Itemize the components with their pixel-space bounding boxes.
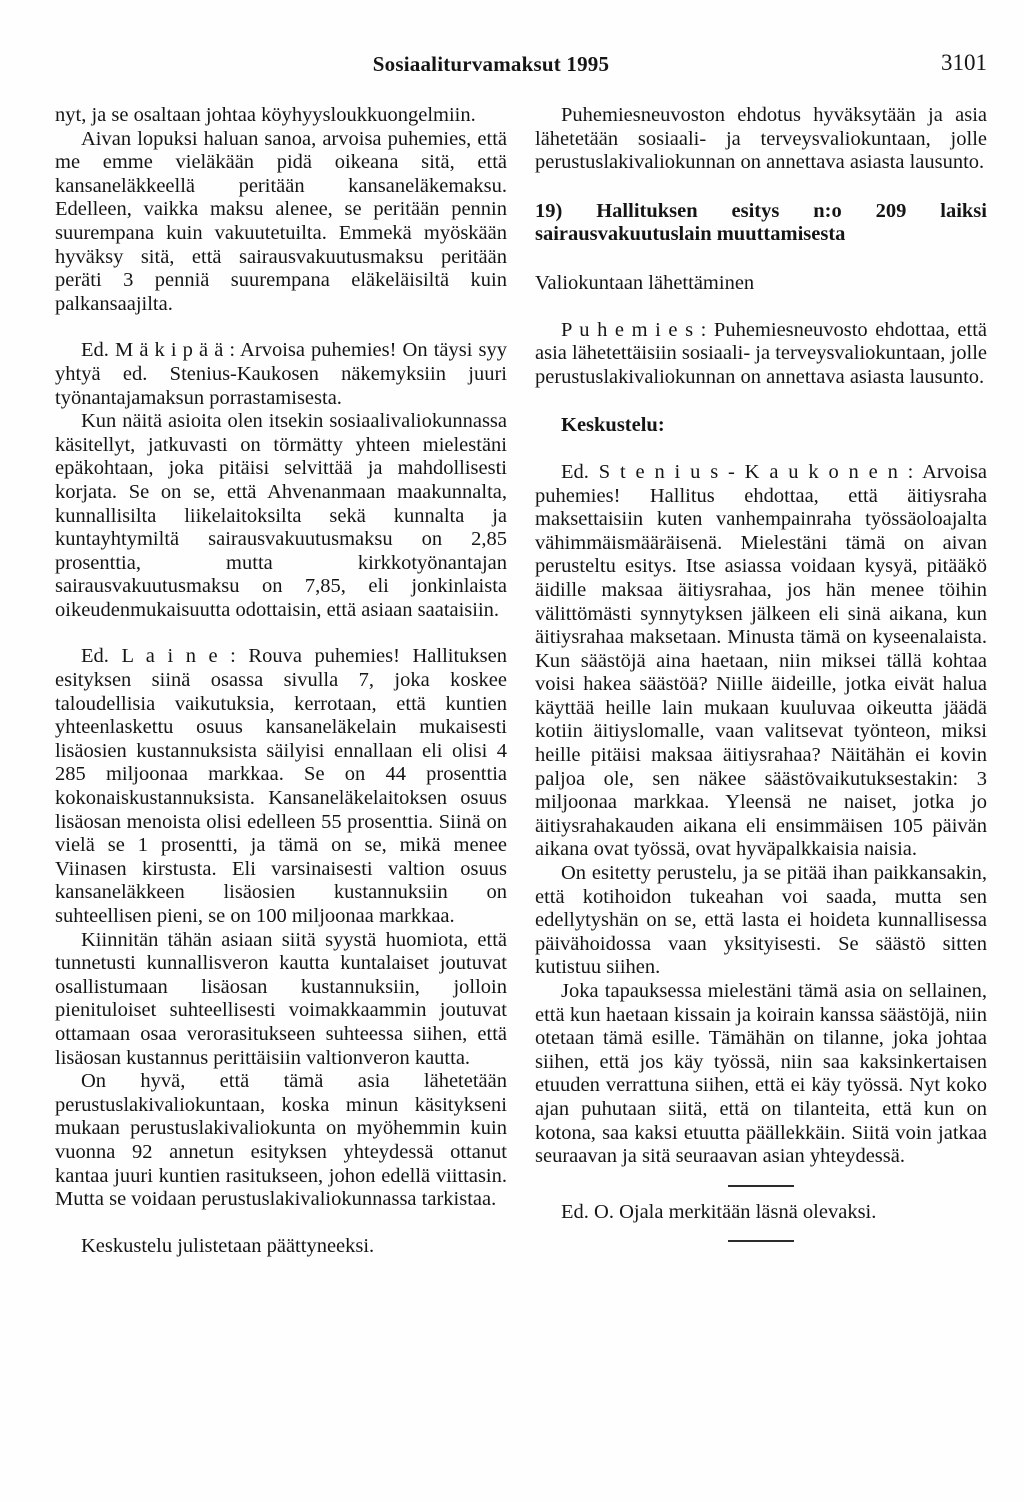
- paragraph: Aivan lopuksi haluan sanoa, arvoisa puhe…: [55, 128, 507, 317]
- paragraph: Joka tapauksessa mielestäni tämä asia on…: [535, 980, 987, 1169]
- paragraph: On hyvä, että tämä asia lähetetään perus…: [55, 1070, 507, 1212]
- paragraph: Kun näitä asioita olen itsekin sosiaaliv…: [55, 410, 507, 622]
- discussion-closed-note: Keskustelu julistetaan päättyneeksi.: [55, 1235, 507, 1259]
- speech-makipaa: Ed. M ä k i p ä ä : Arvoisa puhemies! On…: [55, 339, 507, 410]
- page-title: Sosiaaliturvamaksut 1995: [55, 52, 927, 77]
- section-divider: [728, 1240, 794, 1242]
- paragraph-continuation: nyt, ja se osaltaan johtaa köyhyysloukku…: [55, 104, 507, 128]
- speech-stenius-kaukonen: Ed. S t e n i u s - K a u k o n e n : Ar…: [535, 461, 987, 862]
- paragraph: Puhemiesneuvoston ehdotus hyväksytään ja…: [535, 104, 987, 175]
- speech-puhemies: P u h e m i e s : Puhemiesneuvosto ehdot…: [535, 319, 987, 390]
- section-subheading: Valiokuntaan lähettäminen: [535, 272, 987, 296]
- speech-laine: Ed. L a i n e : Rouva puhemies! Hallituk…: [55, 645, 507, 928]
- left-column: nyt, ja se osaltaan johtaa köyhyysloukku…: [55, 104, 507, 1258]
- paragraph: On esitetty perustelu, ja se pitää ihan …: [535, 862, 987, 980]
- text-columns: nyt, ja se osaltaan johtaa köyhyysloukku…: [55, 104, 987, 1258]
- right-column: Puhemiesneuvoston ehdotus hyväksytään ja…: [535, 104, 987, 1258]
- page-number: 3101: [941, 50, 987, 76]
- agenda-item-heading: 19) Hallituksen esitys n:o 209 laiksi sa…: [535, 200, 987, 247]
- discussion-label: Keskustelu:: [535, 414, 987, 438]
- attendance-note: Ed. O. Ojala merkitään läsnä olevaksi.: [535, 1201, 987, 1225]
- document-page: Sosiaaliturvamaksut 1995 3101 nyt, ja se…: [0, 0, 1024, 1502]
- page-header: Sosiaaliturvamaksut 1995 3101: [55, 52, 987, 82]
- section-divider: [728, 1185, 794, 1187]
- paragraph: Kiinnitän tähän asiaan siitä syystä huom…: [55, 929, 507, 1071]
